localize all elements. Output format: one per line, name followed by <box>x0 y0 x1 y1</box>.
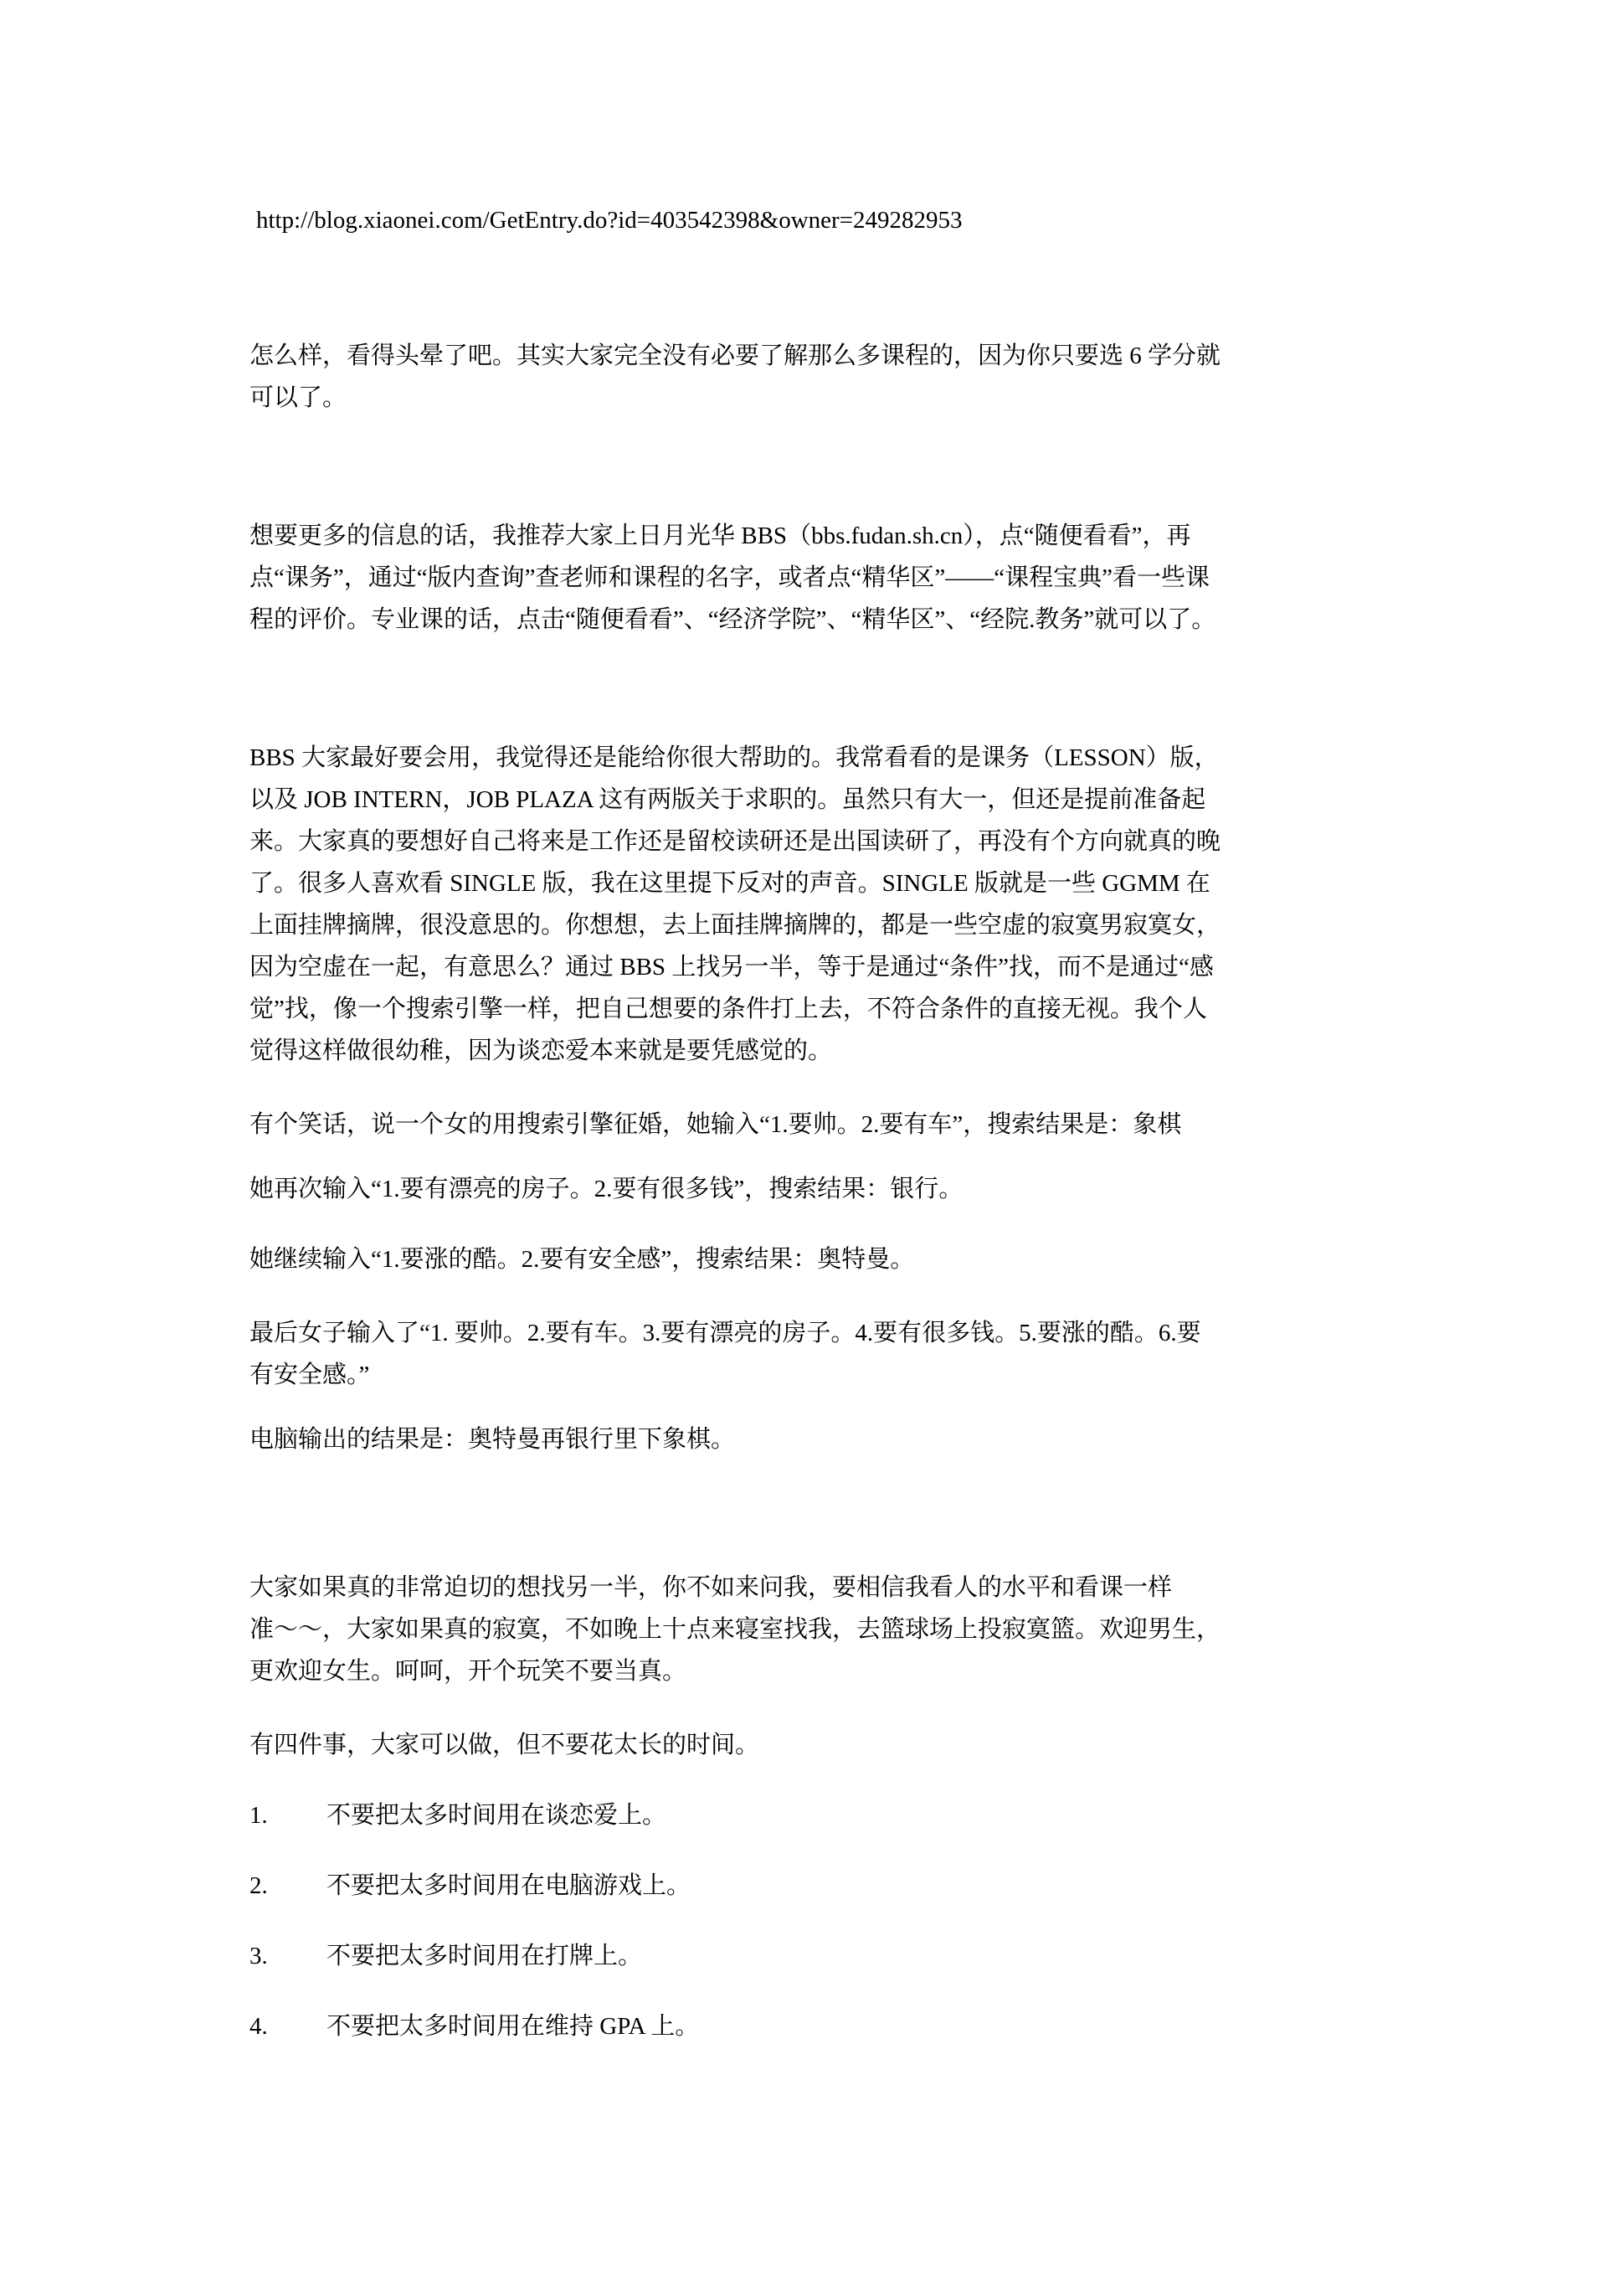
paragraph-joke-result: 电脑输出的结果是：奥特曼再银行里下象棋。 <box>249 1418 1376 1460</box>
paragraph-bbs-recommend: 想要更多的信息的话，我推荐大家上日月光华 BBS（bbs.fudan.sh.cn… <box>249 515 1376 641</box>
paragraph-find-partner: 大家如果真的非常迫切的想找另一半，你不如来问我，要相信我看人的水平和看课一样 准… <box>249 1567 1376 1692</box>
list-item-no-gpa-obsession: 4. 不要把太多时间用在维持 GPA 上。 <box>249 2005 1376 2047</box>
list-item-no-dating: 1. 不要把太多时间用在谈恋爱上。 <box>249 1794 1376 1836</box>
document-page: http://blog.xiaonei.com/GetEntry.do?id=4… <box>0 0 1624 2296</box>
paragraph-course-count: 怎么样，看得头晕了吧。其实大家完全没有必要了解那么多课程的，因为你只要选 6 学… <box>249 335 1376 419</box>
list-number: 1. <box>249 1794 326 1836</box>
paragraph-joke-final-input: 最后女子输入了“1. 要帅。2.要有车。3.要有漂亮的房子。4.要有很多钱。5.… <box>249 1312 1376 1396</box>
list-text: 不要把太多时间用在电脑游戏上。 <box>326 1865 1376 1907</box>
list-number: 2. <box>249 1865 326 1907</box>
paragraph-four-things-intro: 有四件事，大家可以做，但不要花太长的时间。 <box>249 1724 1376 1766</box>
source-url[interactable]: http://blog.xiaonei.com/GetEntry.do?id=4… <box>249 199 1376 241</box>
list-item-no-card-playing: 3. 不要把太多时间用在打牌上。 <box>249 1935 1376 1977</box>
advice-list: 1. 不要把太多时间用在谈恋爱上。 2. 不要把太多时间用在电脑游戏上。 3. … <box>249 1794 1376 2047</box>
list-number: 3. <box>249 1935 326 1977</box>
document-content: http://blog.xiaonei.com/GetEntry.do?id=4… <box>0 0 1624 2047</box>
paragraph-joke-third-input: 她继续输入“1.要涨的酷。2.要有安全感”，搜索结果：奥特曼。 <box>249 1238 1376 1280</box>
list-item-no-computer-games: 2. 不要把太多时间用在电脑游戏上。 <box>249 1865 1376 1907</box>
list-text: 不要把太多时间用在维持 GPA 上。 <box>326 2005 1376 2047</box>
list-number: 4. <box>249 2005 326 2047</box>
list-text: 不要把太多时间用在谈恋爱上。 <box>326 1794 1376 1836</box>
paragraph-joke-second-input: 她再次输入“1.要有漂亮的房子。2.要有很多钱”，搜索结果：银行。 <box>249 1168 1376 1210</box>
paragraph-bbs-usage: BBS 大家最好要会用，我觉得还是能给你很大帮助的。我常看看的是课务（LESSO… <box>249 737 1376 1072</box>
paragraph-joke-first-input: 有个笑话，说一个女的用搜索引擎征婚，她输入“1.要帅。2.要有车”，搜索结果是：… <box>249 1104 1376 1145</box>
list-text: 不要把太多时间用在打牌上。 <box>326 1935 1376 1977</box>
